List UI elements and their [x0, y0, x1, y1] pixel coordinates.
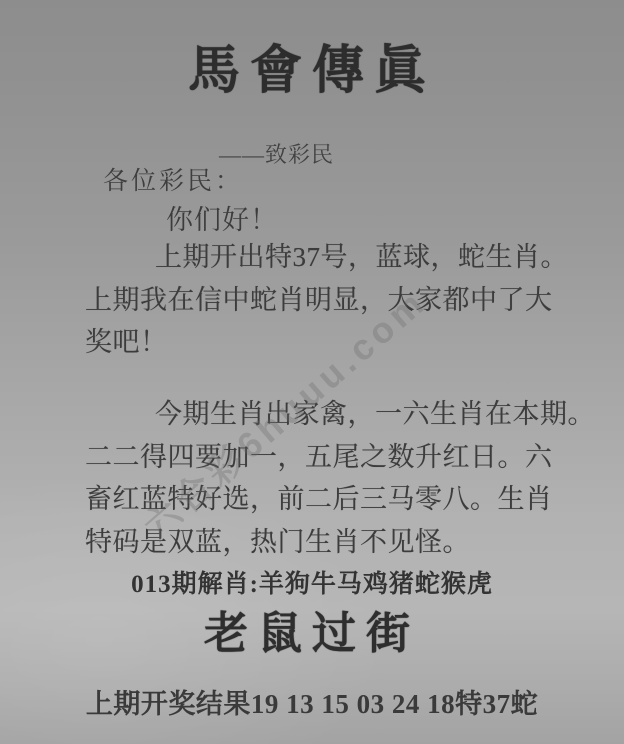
paragraph-line: 畜红蓝特好选，前二后三马零八。生肖	[85, 478, 557, 521]
salutation-line: 各位彩民：	[103, 161, 243, 197]
page-title: 馬會傳眞	[0, 42, 624, 102]
paragraph-line: 二二得四要加一，五尾之数升红日。六	[85, 436, 557, 479]
paragraph-last-draw: 上期开出特37号，蓝球，蛇生肖。 上期我在信中蛇肖明显，大家都中了大 奖吧！	[85, 236, 557, 364]
paragraph-line: 上期我在信中蛇肖明显，大家都中了大	[85, 279, 557, 322]
paragraph-line: 特码是双蓝，热门生肖不见怪。	[85, 521, 557, 564]
paragraph-line: 今期生肖出家禽，一六生肖在本期。	[85, 393, 557, 436]
paragraph-current-tips: 今期生肖出家禽，一六生肖在本期。 二二得四要加一，五尾之数升红日。六 畜红蓝特好…	[85, 393, 557, 563]
paragraph-line: 上期开出特37号，蓝球，蛇生肖。	[85, 236, 557, 279]
idiom-title: 老鼠过街	[0, 612, 624, 656]
greeting-line: 你们好！	[166, 198, 278, 237]
paragraph-line: 奖吧！	[85, 321, 557, 364]
zodiac-hint-line: 013期解肖:羊狗牛马鸡猪蛇猴虎	[0, 564, 624, 600]
fax-sheet: 馬會傳眞 ——致彩民 各位彩民： 你们好！ 上期开出特37号，蓝球，蛇生肖。 上…	[0, 0, 624, 744]
last-draw-result-line: 上期开奖结果19 13 15 03 24 18特37蛇	[0, 682, 624, 721]
